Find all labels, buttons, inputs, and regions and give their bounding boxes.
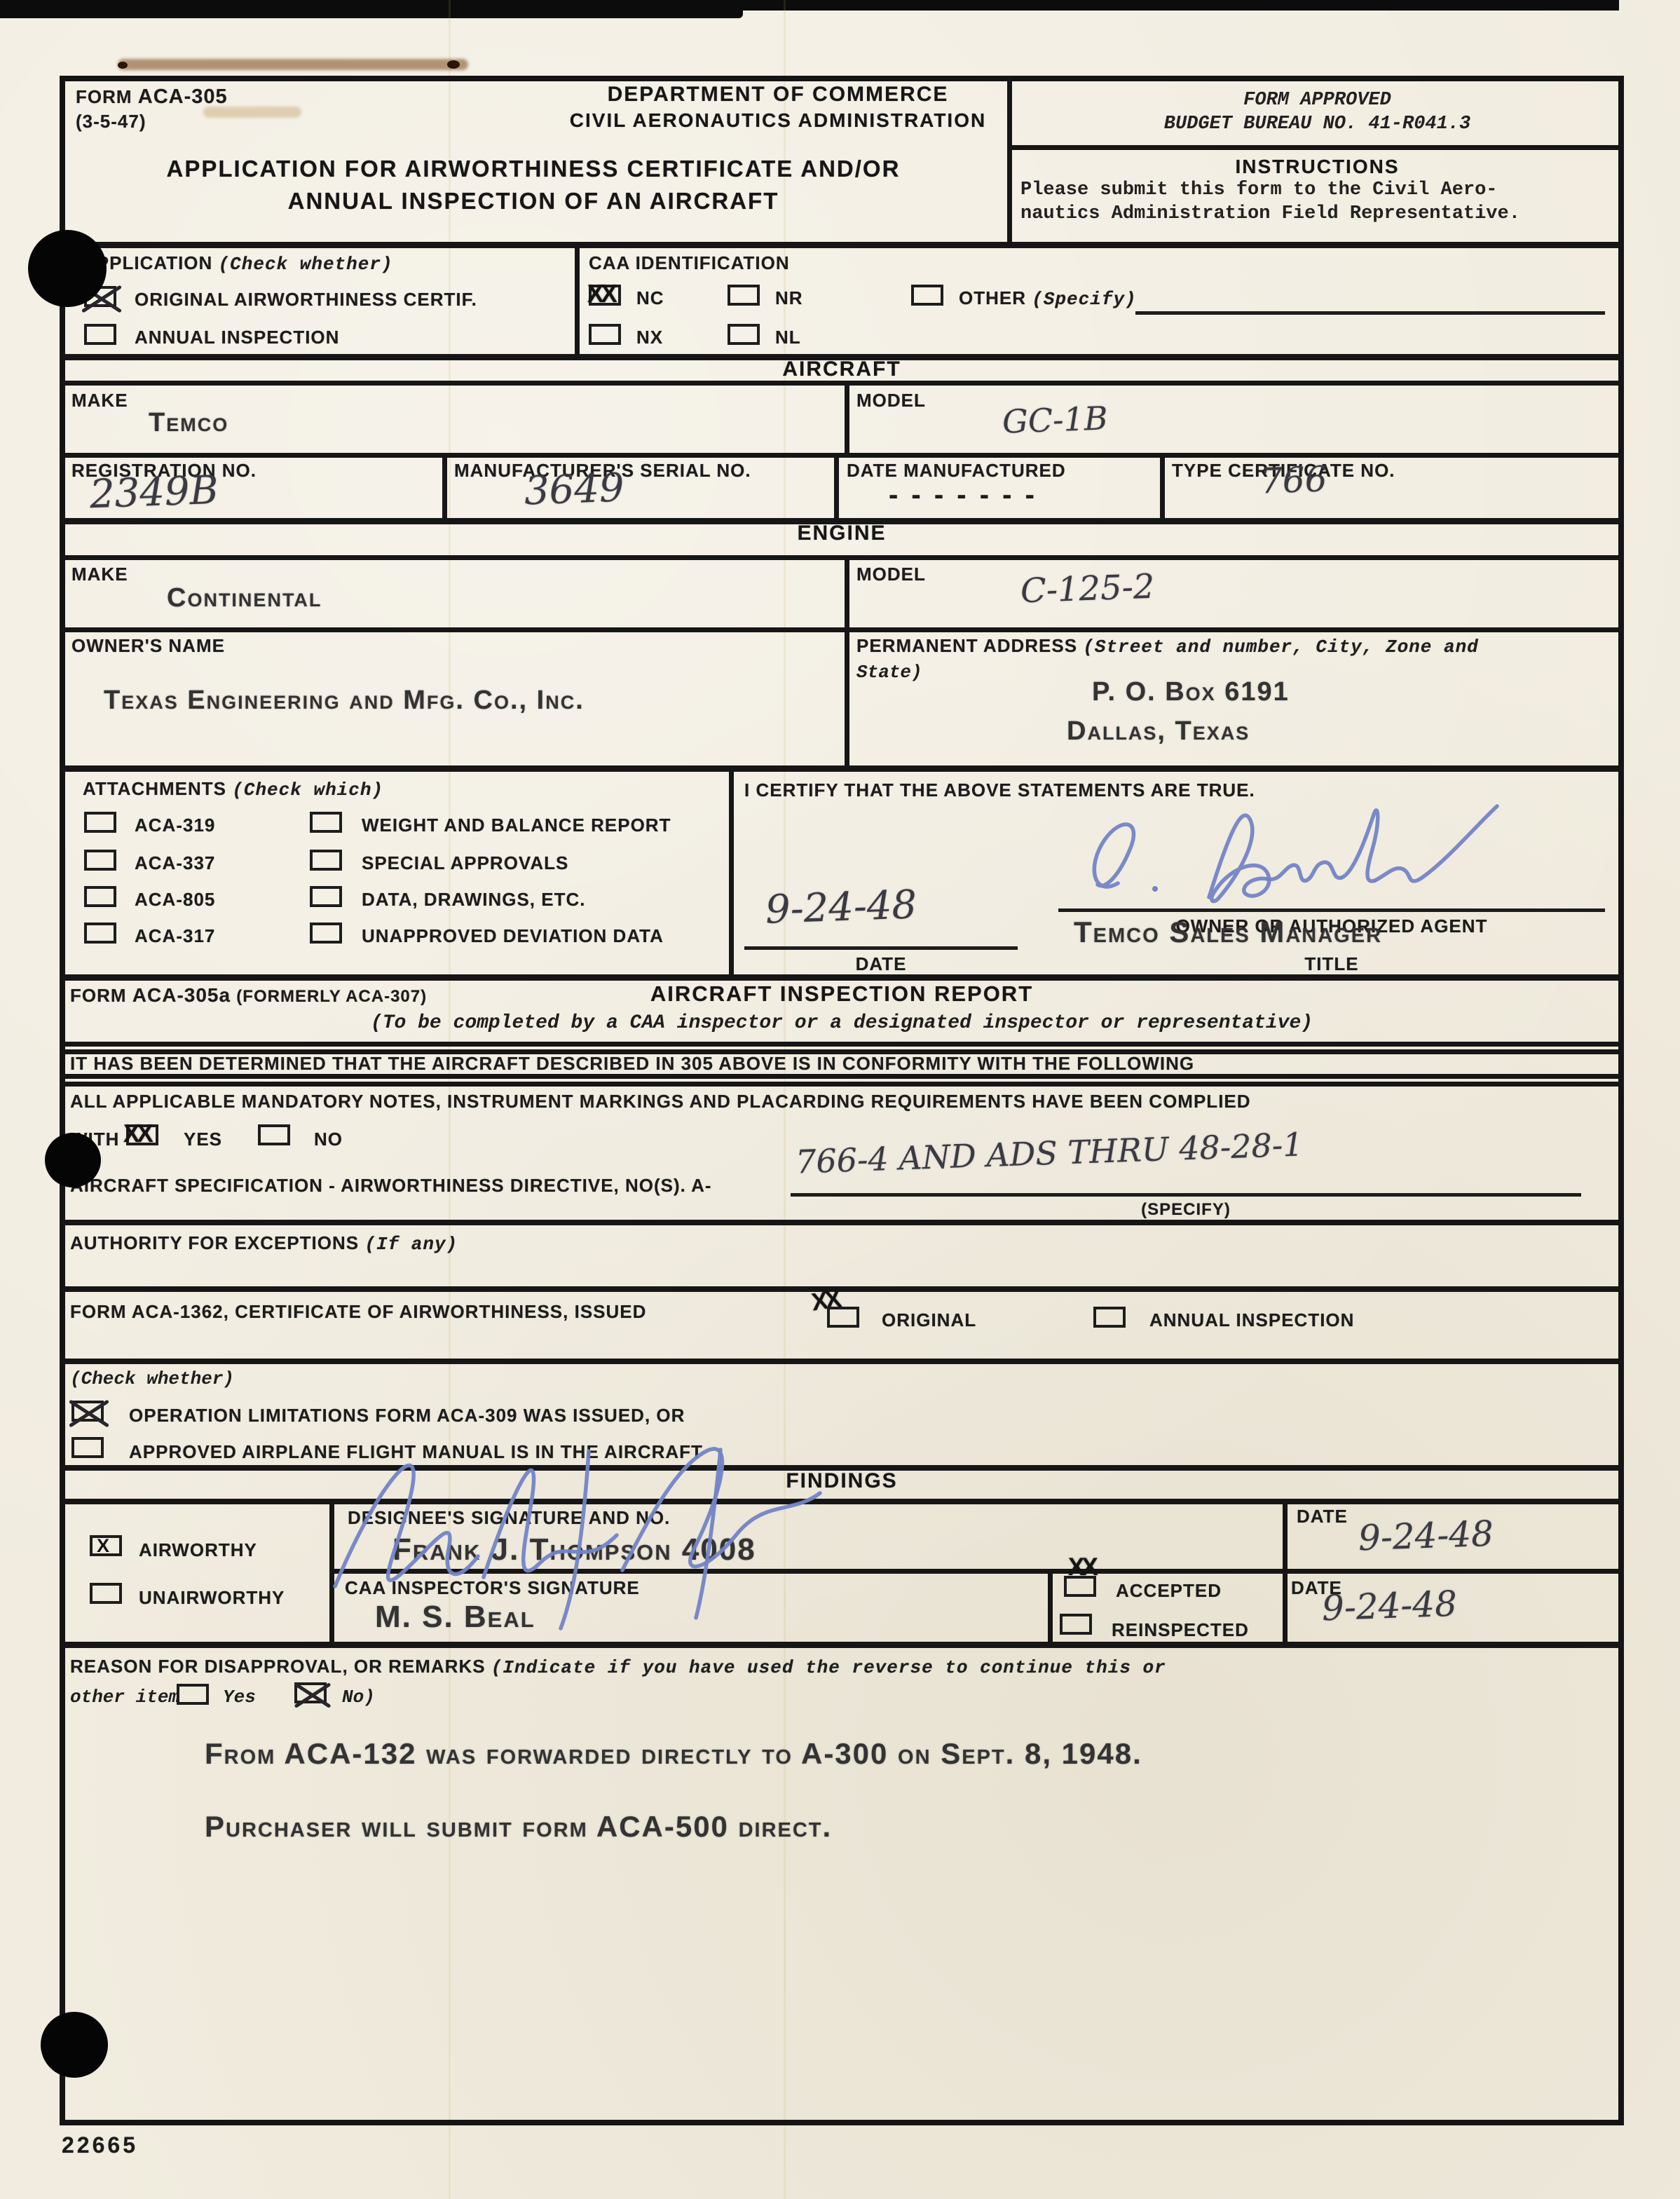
remarks-label-italic2: other item xyxy=(70,1687,179,1708)
checkbox-special-approvals xyxy=(310,850,342,871)
form-approved-line2: BUDGET BUREAU NO. 41-R041.3 xyxy=(1018,114,1617,135)
rule xyxy=(845,381,849,453)
rule xyxy=(575,242,580,354)
punch-hole xyxy=(28,230,107,307)
instructions-line1: Please submit this form to the Civil Aer… xyxy=(1020,179,1498,200)
instructions-title: INSTRUCTIONS xyxy=(1018,156,1617,178)
rule xyxy=(60,974,1624,981)
rule xyxy=(60,453,1624,458)
label-aca-317: ACA-317 xyxy=(135,925,215,947)
attachments-label-text: ATTACHMENTS xyxy=(83,778,226,799)
checkbox-nr xyxy=(728,285,760,306)
remarks-label-italic1: (Indicate if you have used the reverse t… xyxy=(491,1657,1166,1678)
checkbox-complied-no xyxy=(258,1124,290,1145)
dept-line1: DEPARTMENT OF COMMERCE xyxy=(554,83,1002,107)
label-nl: NL xyxy=(775,327,801,348)
engine-model-value: C-125-2 xyxy=(1020,567,1155,611)
rule xyxy=(845,555,849,765)
type-certificate-value: 766 xyxy=(1259,458,1327,501)
spec-directive-line xyxy=(791,1193,1581,1197)
designee-date-value: 9-24-48 xyxy=(1358,1513,1494,1559)
x-mark xyxy=(292,1677,334,1713)
xx-mark-nc: XX xyxy=(587,280,615,308)
label-special-approvals: SPECIAL APPROVALS xyxy=(362,852,568,874)
rule xyxy=(60,555,1624,560)
rule xyxy=(60,1042,1624,1047)
label-reverse-yes: Yes xyxy=(223,1687,256,1708)
checkbox-aca-317 xyxy=(84,923,116,944)
rule xyxy=(60,1220,1624,1225)
authority-exceptions-text: AUTHORITY FOR EXCEPTIONS xyxy=(70,1232,359,1253)
designee-date-label: DATE xyxy=(1297,1506,1348,1527)
label-nc: NC xyxy=(636,287,664,309)
aircraft-make-value: Temco xyxy=(149,408,228,438)
label-nr: NR xyxy=(775,287,803,309)
option-annual-inspection: ANNUAL INSPECTION xyxy=(135,327,339,348)
permanent-address-label: PERMANENT ADDRESS (Street and number, Ci… xyxy=(856,635,1479,658)
label-issued-original: ORIGINAL xyxy=(882,1309,976,1331)
permanent-address-label-text: PERMANENT ADDRESS xyxy=(856,635,1077,656)
xx-mark-yes: XX xyxy=(123,1120,151,1148)
designee-signature xyxy=(286,1408,903,1639)
date-manufactured-value: - - - - - - - xyxy=(889,479,1037,511)
rule xyxy=(60,1074,1624,1079)
remarks-label: REASON FOR DISAPPROVAL, OR REMARKS (Indi… xyxy=(70,1656,1166,1678)
stain xyxy=(447,60,460,69)
label-nx: NX xyxy=(636,327,663,348)
label-aca-337: ACA-337 xyxy=(135,852,215,874)
checkbox-data-drawings xyxy=(310,886,342,907)
date-manufactured-label: DATE MANUFACTURED xyxy=(847,460,1066,482)
stain xyxy=(118,59,468,70)
checkbox-weight-balance xyxy=(310,812,342,833)
rule xyxy=(834,453,839,518)
label-other-text: OTHER xyxy=(959,287,1026,308)
complied-statement: ALL APPLICABLE MANDATORY NOTES, INSTRUME… xyxy=(70,1091,1251,1112)
label-yes: YES xyxy=(184,1129,222,1150)
scanned-form-page: FORM ACA-305 (3-5-47) DEPARTMENT OF COMM… xyxy=(0,0,1680,2199)
rule xyxy=(60,1359,1624,1364)
specify-caption: (SPECIFY) xyxy=(791,1200,1581,1220)
inspection-subtitle: (To be completed by a CAA inspector or a… xyxy=(60,1012,1624,1034)
rule xyxy=(60,1642,1624,1648)
rule xyxy=(60,765,1624,772)
checkbox-aca-805 xyxy=(84,886,116,907)
certify-date-line xyxy=(744,946,1018,950)
label-airworthy: AIRWORTHY xyxy=(139,1539,257,1561)
rule xyxy=(1007,145,1624,150)
inspection-title: AIRCRAFT INSPECTION REPORT xyxy=(60,981,1624,1007)
application-label-italic: (Check whether) xyxy=(219,254,393,275)
rule xyxy=(60,1286,1624,1292)
attachments-label-italic: (Check which) xyxy=(232,779,383,801)
label-accepted: ACCEPTED xyxy=(1116,1580,1222,1602)
rule xyxy=(60,381,1624,386)
remarks-line1: From ACA-132 was forwarded directly to A… xyxy=(205,1737,1142,1771)
checkbox-nl xyxy=(728,324,760,345)
checkbox-nx xyxy=(589,324,621,345)
instructions-line2: nautics Administration Field Representat… xyxy=(1020,203,1520,224)
form-number-value: ACA-305 xyxy=(138,86,228,108)
remarks-label-text: REASON FOR DISAPPROVAL, OR REMARKS xyxy=(70,1656,486,1677)
checkbox-other xyxy=(911,285,943,306)
aircraft-model-value: GC-1B xyxy=(1002,399,1108,440)
punch-hole xyxy=(45,1133,101,1187)
label-aca-319: ACA-319 xyxy=(135,815,215,836)
rule xyxy=(442,453,447,518)
permanent-address-italic2: State) xyxy=(856,662,922,683)
aircraft-model-label: MODEL xyxy=(856,390,926,411)
owner-name-value: Texas Engineering and Mfg. Co., Inc. xyxy=(104,686,585,716)
rule xyxy=(1007,76,1012,242)
rule xyxy=(60,242,1624,248)
form-title-line2: ANNUAL INSPECTION OF AN AIRCRAFT xyxy=(60,188,1007,215)
serial-value: 3649 xyxy=(524,465,625,515)
checkbox-annual-inspection xyxy=(84,324,116,345)
rule xyxy=(729,765,734,974)
attachments-label: ATTACHMENTS (Check which) xyxy=(83,778,383,801)
label-aca-805: ACA-805 xyxy=(135,889,215,911)
registration-value: 2349B xyxy=(89,468,219,517)
certify-title-value: Temco Sales Manager xyxy=(1074,915,1382,949)
address-line2: Dallas, Texas xyxy=(1067,716,1250,747)
address-line1: P. O. Box 6191 xyxy=(1092,677,1290,707)
label-reinspected: REINSPECTED xyxy=(1112,1619,1249,1641)
checkbox-reverse-no xyxy=(294,1682,327,1703)
scan-edge-bar-thick xyxy=(0,0,743,18)
label-no: NO xyxy=(314,1129,343,1150)
certify-date-value: 9-24-48 xyxy=(765,882,917,932)
stain xyxy=(118,62,128,69)
checkbox-issued-original xyxy=(827,1307,859,1328)
checkbox-operation-limitations xyxy=(71,1401,104,1422)
checkbox-unapproved-deviation xyxy=(310,923,342,944)
other-specify-line xyxy=(1135,311,1605,315)
checkbox-aca-337 xyxy=(84,850,116,871)
engine-section-heading: ENGINE xyxy=(60,522,1624,545)
x-mark xyxy=(66,1395,112,1431)
rule xyxy=(1283,1499,1288,1642)
owner-signature xyxy=(1051,791,1514,913)
label-unapproved-deviation: UNAPPROVED DEVIATION DATA xyxy=(362,925,664,947)
punch-hole xyxy=(41,2012,108,2078)
label-other: OTHER (Specify) xyxy=(959,287,1137,310)
check-whether-label: (Check whether) xyxy=(70,1368,234,1389)
checkbox-accepted xyxy=(1064,1576,1096,1597)
application-label: APPLICATION (Check whether) xyxy=(83,252,393,275)
engine-make-label: MAKE xyxy=(71,564,128,585)
determined-statement: IT HAS BEEN DETERMINED THAT THE AIRCRAFT… xyxy=(70,1053,1194,1075)
inspector-date-value: 9-24-48 xyxy=(1321,1584,1458,1629)
certify-date-label: DATE xyxy=(744,953,1018,975)
label-reverse-no: No) xyxy=(342,1687,375,1708)
engine-make-value: Continental xyxy=(167,583,322,613)
aircraft-make-label: MAKE xyxy=(71,390,128,411)
aircraft-section-heading: AIRCRAFT xyxy=(60,358,1624,381)
remarks-line2: Purchaser will submit form ACA-500 direc… xyxy=(205,1810,832,1844)
label-unairworthy: UNAIRWORTHY xyxy=(139,1587,285,1609)
label-data-drawings: DATA, DRAWINGS, ETC. xyxy=(362,889,585,911)
rule xyxy=(60,1082,1624,1087)
permanent-address-italic1: (Street and number, City, Zone and xyxy=(1083,636,1479,658)
checkbox-reverse-yes xyxy=(177,1684,209,1705)
checkbox-issued-annual xyxy=(1093,1307,1126,1328)
rule xyxy=(1160,453,1165,518)
form-title-line1: APPLICATION FOR AIRWORTHINESS CERTIFICAT… xyxy=(60,156,1007,182)
checkbox-flight-manual xyxy=(71,1437,104,1458)
form-number: FORM ACA-305 xyxy=(76,86,228,109)
form-revision: (3-5-47) xyxy=(76,111,146,132)
checkbox-reinspected xyxy=(1060,1614,1092,1635)
label-weight-balance: WEIGHT AND BALANCE REPORT xyxy=(362,815,671,836)
authority-exceptions-label: AUTHORITY FOR EXCEPTIONS (If any) xyxy=(70,1232,458,1255)
authority-exceptions-italic: (If any) xyxy=(364,1234,458,1255)
label-issued-annual: ANNUAL INSPECTION xyxy=(1149,1309,1354,1331)
checkbox-unairworthy xyxy=(90,1583,122,1604)
label-other-italic: (Specify) xyxy=(1032,289,1136,310)
option-original-airworthiness: ORIGINAL AIRWORTHINESS CERTIF. xyxy=(135,289,477,311)
certify-title-label: TITLE xyxy=(1058,953,1605,975)
rule xyxy=(1048,1569,1053,1642)
owner-name-label: OWNER'S NAME xyxy=(71,635,225,657)
x-mark-airworthy: X xyxy=(97,1535,109,1557)
form-number-prefix: FORM xyxy=(76,86,132,107)
engine-model-label: MODEL xyxy=(856,564,926,585)
footer-serial: 22665 xyxy=(62,2132,138,2158)
form-approved-line1: FORM APPROVED xyxy=(1018,90,1617,111)
aca1362-statement: FORM ACA-1362, CERTIFICATE OF AIRWORTHIN… xyxy=(70,1301,646,1323)
rule xyxy=(60,627,1624,632)
caa-identification-label: CAA IDENTIFICATION xyxy=(589,252,790,274)
checkbox-aca-319 xyxy=(84,812,116,833)
spec-directive-label: AIRCRAFT SPECIFICATION - AIRWORTHINESS D… xyxy=(70,1175,712,1197)
dept-line2: CIVIL AERONAUTICS ADMINISTRATION xyxy=(554,109,1002,132)
